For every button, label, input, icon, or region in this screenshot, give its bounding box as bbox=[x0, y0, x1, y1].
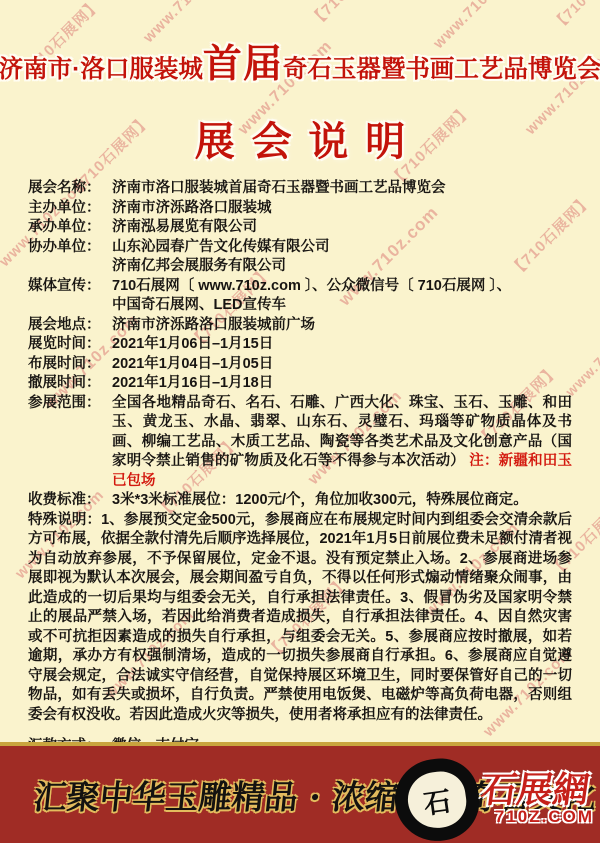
info-label: 展会地点： bbox=[28, 316, 112, 336]
page-title-emphasis: 首届 bbox=[203, 43, 283, 86]
info-label: 收费标准： bbox=[28, 491, 112, 511]
info-row: 布展时间：2021年1月04日–1月05日 bbox=[28, 355, 572, 375]
special-terms-text: 1、参展预交定金500元，参展商应在布展规定时间内到组委会交清余款后方可布展，依… bbox=[28, 512, 572, 723]
info-label: 布展时间： bbox=[28, 355, 112, 375]
info-value: 710石展网〔 www.710z.com 〕、公众微信号〔 710石展网 〕、中… bbox=[112, 277, 572, 316]
info-value-line: 3米*3米标准展位：1200元/个，角位加收300元，特殊展位商定。 bbox=[112, 491, 572, 511]
info-row: 撤展时间：2021年1月16日–1月18日 bbox=[28, 374, 572, 394]
info-row: 主办单位：济南市济泺路洛口服装城 bbox=[28, 199, 572, 219]
site-logo-text: 石展網 710Z.COM bbox=[481, 773, 594, 827]
info-value: 2021年1月16日–1月18日 bbox=[112, 374, 572, 394]
exhibition-details: 展会名称：济南市洛口服装城首届奇石玉器暨书画工艺品博览会主办单位：济南市济泺路洛… bbox=[0, 179, 600, 776]
info-row: 展会名称：济南市洛口服装城首届奇石玉器暨书画工艺品博览会 bbox=[28, 179, 572, 199]
info-value-line: 2021年1月16日–1月18日 bbox=[112, 374, 572, 394]
info-row: 媒体宣传：710石展网〔 www.710z.com 〕、公众微信号〔 710石展… bbox=[28, 277, 572, 316]
info-value-line: 2021年1月06日–1月15日 bbox=[112, 335, 572, 355]
info-value: 全国各地精品奇石、名石、石雕、广西大化、珠宝、玉石、玉雕、和田玉、黄龙玉、水晶、… bbox=[112, 394, 572, 492]
info-value-line: 济南泓易展览有限公司 bbox=[112, 218, 572, 238]
info-row: 展会地点：济南市济泺路洛口服装城前广场 bbox=[28, 316, 572, 336]
special-terms: 特殊说明：1、参展预交定金500元，参展商应在布展规定时间内到组委会交清余款后方… bbox=[28, 511, 572, 726]
page-title: 济南市·洛口服装城首届奇石玉器暨书画工艺品博览会 bbox=[0, 33, 600, 89]
info-label: 协办单位： bbox=[28, 238, 112, 277]
info-value-line: 全国各地精品奇石、名石、石雕、广西大化、珠宝、玉石、玉雕、和田玉、黄龙玉、水晶、… bbox=[112, 394, 572, 492]
info-list: 展会名称：济南市洛口服装城首届奇石玉器暨书画工艺品博览会主办单位：济南市济泺路洛… bbox=[28, 179, 572, 511]
info-value: 山东沁园春广告文化传媒有限公司济南亿邦会展服务有限公司 bbox=[112, 238, 572, 277]
poster: 济南市·洛口服装城首届奇石玉器暨书画工艺品博览会 展会说明 展会名称：济南市洛口… bbox=[0, 0, 600, 843]
info-row: 协办单位：山东沁园春广告文化传媒有限公司济南亿邦会展服务有限公司 bbox=[28, 238, 572, 277]
info-value: 2021年1月06日–1月15日 bbox=[112, 335, 572, 355]
info-value: 济南市济泺路洛口服装城前广场 bbox=[112, 316, 572, 336]
info-value-line: 山东沁园春广告文化传媒有限公司 bbox=[112, 238, 572, 258]
info-value: 济南泓易展览有限公司 bbox=[112, 218, 572, 238]
info-label: 媒体宣传： bbox=[28, 277, 112, 316]
info-row: 展览时间：2021年1月06日–1月15日 bbox=[28, 335, 572, 355]
info-label: 承办单位： bbox=[28, 218, 112, 238]
info-row: 承办单位：济南泓易展览有限公司 bbox=[28, 218, 572, 238]
info-value: 济南市洛口服装城首届奇石玉器暨书画工艺品博览会 bbox=[112, 179, 572, 199]
info-value-line: 济南市济泺路洛口服装城 bbox=[112, 199, 572, 219]
section-title: 展会说明 bbox=[0, 110, 600, 167]
info-value-line: 2021年1月04日–1月05日 bbox=[112, 355, 572, 375]
special-terms-label: 特殊说明： bbox=[28, 512, 101, 528]
info-label: 展会名称： bbox=[28, 179, 112, 199]
info-value: 济南市济泺路洛口服装城 bbox=[112, 199, 572, 219]
stone-seal-icon: 石 bbox=[390, 754, 485, 843]
site-logo-name: 石展網 bbox=[478, 773, 591, 807]
info-label: 主办单位： bbox=[28, 199, 112, 219]
info-value-line: 济南市济泺路洛口服装城前广场 bbox=[112, 316, 572, 336]
info-value-line: 710石展网〔 www.710z.com 〕、公众微信号〔 710石展网 〕、 bbox=[112, 277, 572, 297]
footer-banner: 汇聚中华玉雕精品 · 浓缩千年奇石文化 石 石展網 710Z.COM bbox=[0, 742, 600, 843]
info-row: 收费标准：3米*3米标准展位：1200元/个，角位加收300元，特殊展位商定。 bbox=[28, 491, 572, 511]
site-logo: 石 石展網 710Z.COM bbox=[395, 759, 594, 841]
info-value-line: 中国奇石展网、LED宣传车 bbox=[112, 296, 572, 316]
info-label: 展览时间： bbox=[28, 335, 112, 355]
info-label: 参展范围： bbox=[28, 394, 112, 492]
stone-seal-character: 石 bbox=[421, 779, 453, 821]
page-title-suffix: 奇石玉器暨书画工艺品博览会 bbox=[283, 56, 600, 83]
info-value: 2021年1月04日–1月05日 bbox=[112, 355, 572, 375]
info-label: 撤展时间： bbox=[28, 374, 112, 394]
info-value-line: 济南亿邦会展服务有限公司 bbox=[112, 257, 572, 277]
info-value: 3米*3米标准展位：1200元/个，角位加收300元，特殊展位商定。 bbox=[112, 491, 572, 511]
header: 济南市·洛口服装城首届奇石玉器暨书画工艺品博览会 bbox=[0, 22, 600, 100]
info-value-line: 济南市洛口服装城首届奇石玉器暨书画工艺品博览会 bbox=[112, 179, 572, 199]
info-row: 参展范围：全国各地精品奇石、名石、石雕、广西大化、珠宝、玉石、玉雕、和田玉、黄龙… bbox=[28, 394, 572, 492]
page-title-prefix: 济南市·洛口服装城 bbox=[0, 56, 203, 83]
red-note: 注：新疆和田玉已包场 bbox=[112, 453, 572, 489]
